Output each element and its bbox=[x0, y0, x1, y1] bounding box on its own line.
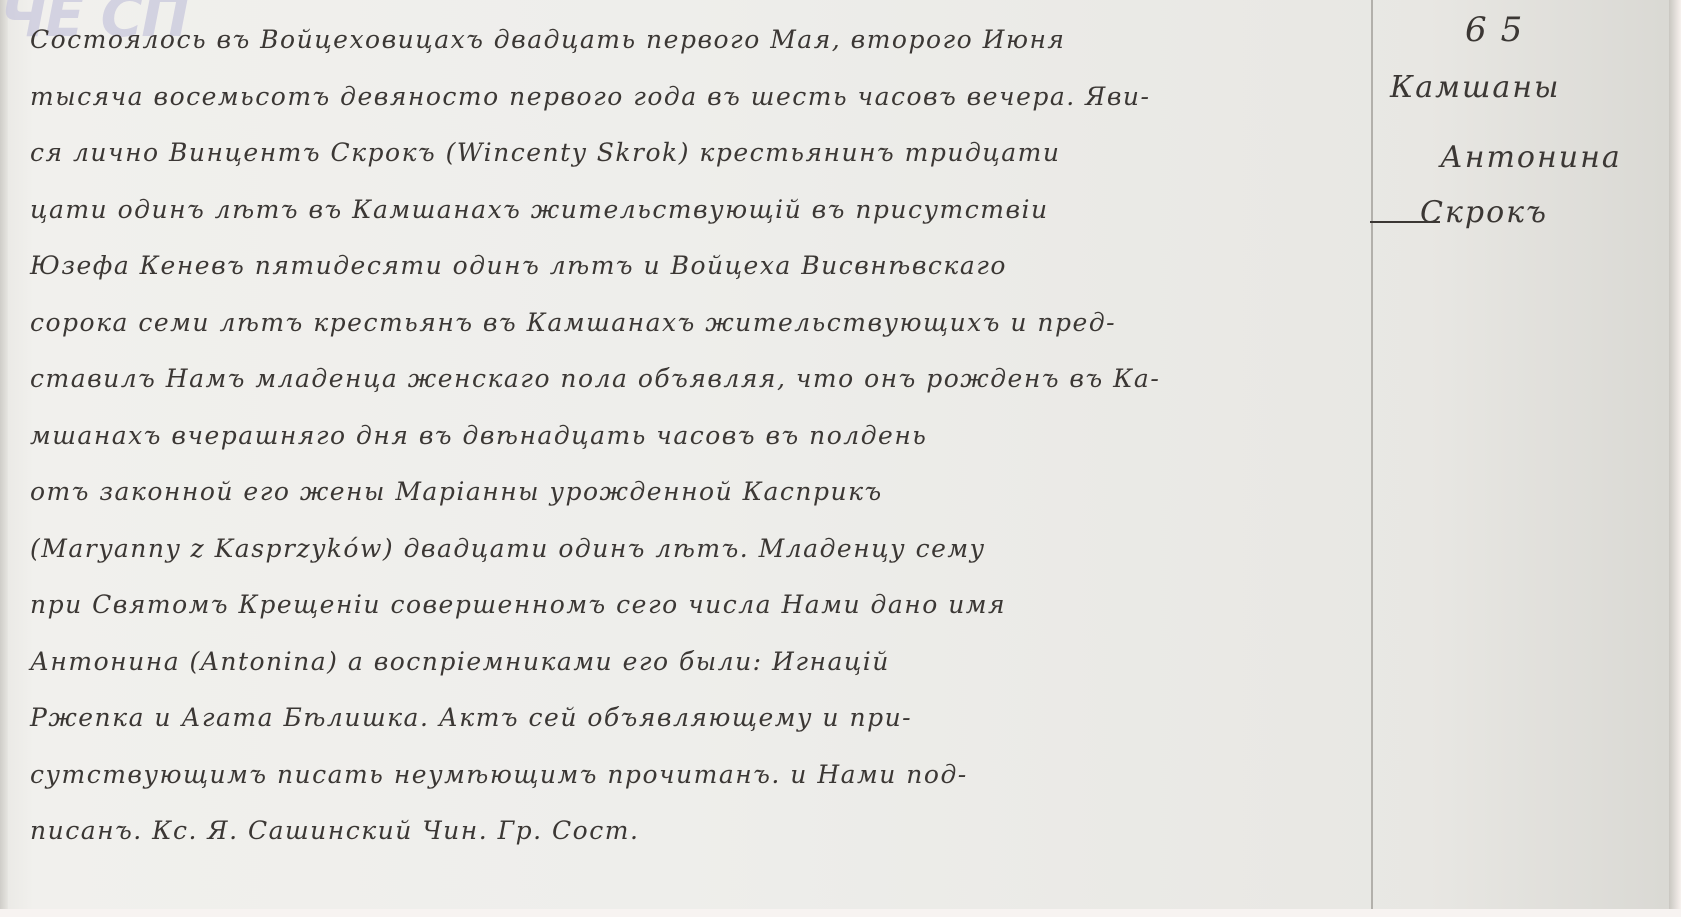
record-line-5: Юзефа Кеневъ пятидесяти одинъ лѣтъ и Вой… bbox=[30, 238, 1370, 295]
record-number: 65 bbox=[1465, 10, 1536, 50]
record-line-12: Антонина (Antonina) а воспріемниками его… bbox=[30, 634, 1370, 691]
document-page: ЧЕ СП Состоялось въ Войцеховицахъ двадца… bbox=[0, 0, 1681, 917]
record-line-13: Ржепка и Агата Бѣлишка. Актъ сей объявля… bbox=[30, 690, 1370, 747]
record-line-10: (Maryanny z Kasprzyków) двадцати одинъ л… bbox=[30, 521, 1370, 578]
record-line-9: отъ законной его жены Маріанны урожденно… bbox=[30, 464, 1370, 521]
record-line-15-signature: писанъ. Кс. Я. Сашинский Чин. Гр. Сост. bbox=[30, 803, 1370, 860]
page-bottom-edge bbox=[0, 909, 1681, 917]
record-line-2: тысяча восемьсотъ девяносто первого года… bbox=[30, 69, 1370, 126]
margin-village: Камшаны bbox=[1390, 70, 1560, 105]
page-right-edge bbox=[1669, 0, 1681, 917]
record-line-14: сутствующимъ писать неумѣющимъ прочитанъ… bbox=[30, 747, 1370, 804]
margin-surname: Скрокъ bbox=[1420, 195, 1548, 230]
record-line-6: сорока семи лѣтъ крестьянъ въ Камшанахъ … bbox=[30, 295, 1370, 352]
record-line-8: мшанахъ вчерашняго дня въ двѣнадцать час… bbox=[30, 408, 1370, 465]
record-line-3: ся лично Винцентъ Скрокъ (Wincenty Skrok… bbox=[30, 125, 1370, 182]
record-line-4: цати одинъ лѣтъ въ Камшанахъ жительствую… bbox=[30, 182, 1370, 239]
record-line-11: при Святомъ Крещеніи совершенномъ сего ч… bbox=[30, 577, 1370, 634]
record-line-7: ставилъ Намъ младенца женскаго пола объя… bbox=[30, 351, 1370, 408]
record-body: Состоялось въ Войцеховицахъ двадцать пер… bbox=[30, 12, 1370, 860]
margin-child-name: Антонина bbox=[1440, 140, 1622, 175]
record-line-1: Состоялось въ Войцеховицахъ двадцать пер… bbox=[30, 12, 1370, 69]
margin-rule-line bbox=[1371, 0, 1373, 917]
page-binding-edge bbox=[0, 0, 8, 917]
